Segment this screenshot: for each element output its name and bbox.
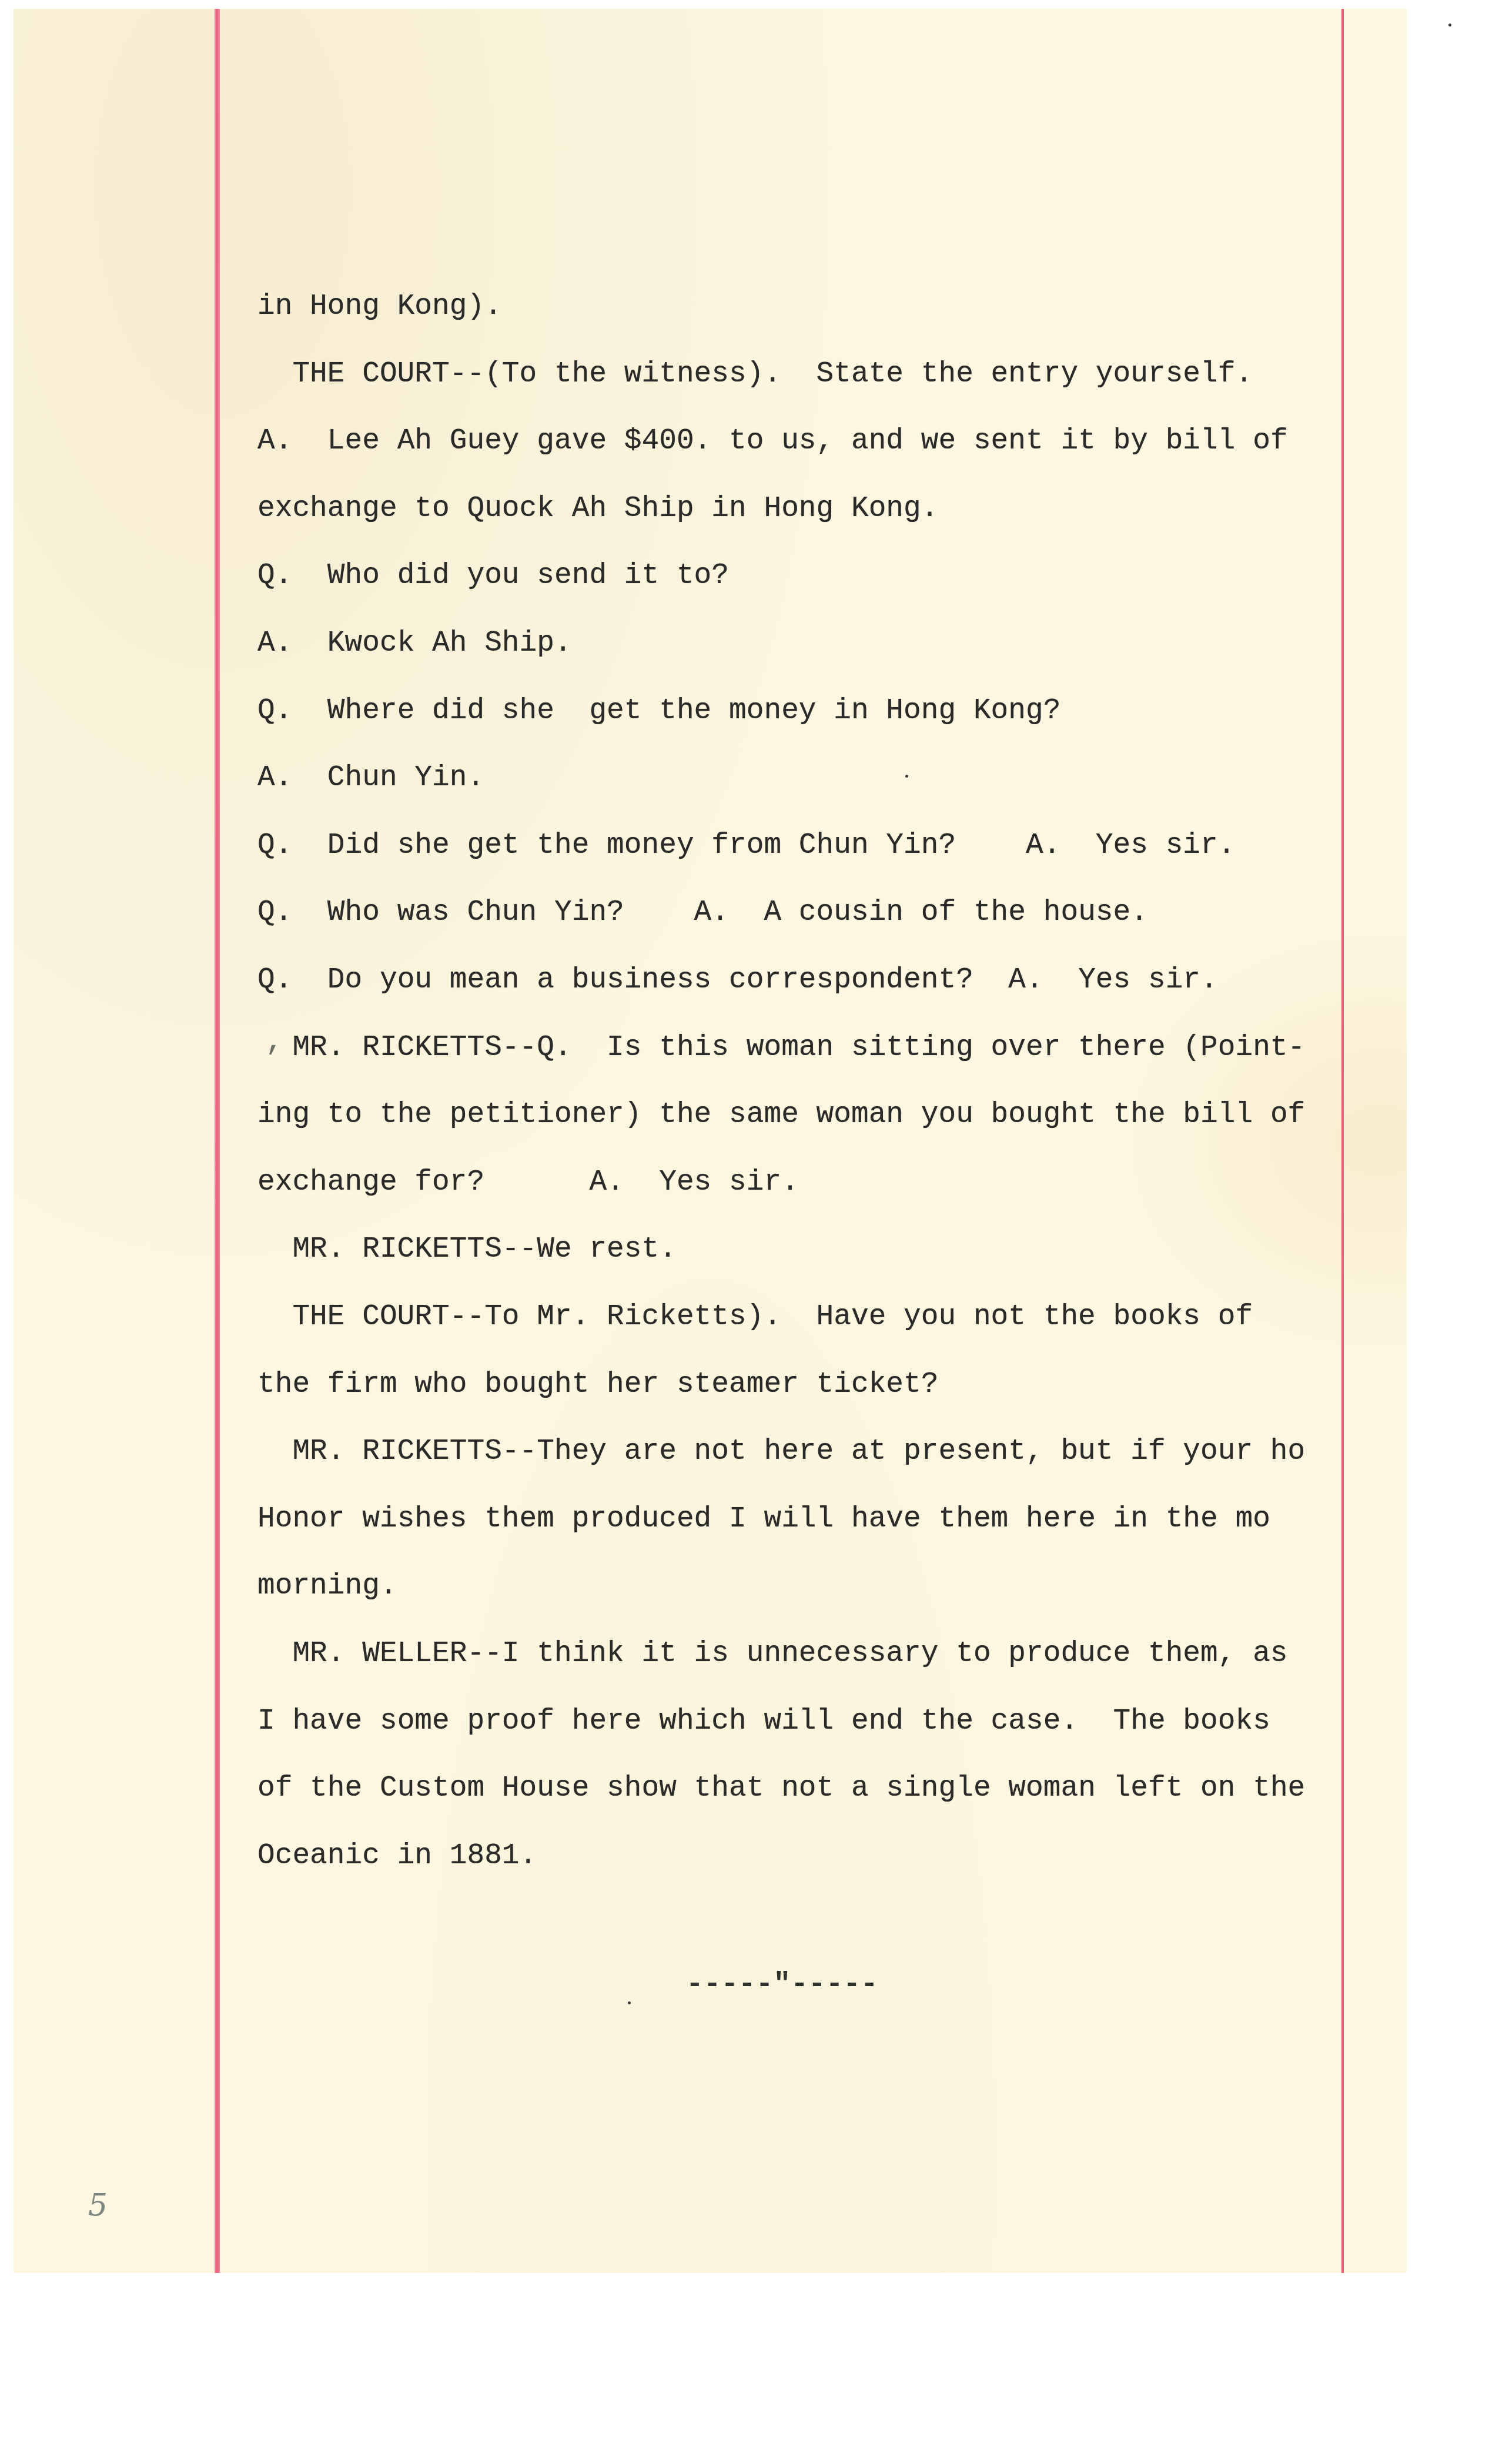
transcript-line: MR. RICKETTS--We rest. — [292, 1235, 677, 1264]
ink-speck — [628, 2001, 631, 2004]
transcript-line: A. Lee Ah Guey gave $400. to us, and we … — [257, 427, 1288, 456]
transcript-line: morning. — [257, 1572, 397, 1601]
transcript-line: MR. RICKETTS--They are not here at prese… — [292, 1437, 1305, 1467]
transcript-line: I have some proof here which will end th… — [257, 1707, 1270, 1736]
transcript-line: Q. Where did she get the money in Hong K… — [257, 697, 1060, 726]
transcript-line: ing to the petitioner) the same woman yo… — [257, 1100, 1305, 1130]
transcript-line: Q. Who did you send it to? — [257, 561, 729, 591]
left-margin-rule — [215, 9, 220, 2273]
transcript-line: A. Kwock Ah Ship. — [257, 629, 572, 658]
transcript-line: THE COURT--To Mr. Ricketts). Have you no… — [292, 1303, 1253, 1332]
ink-speck — [1448, 24, 1451, 26]
transcript-line: in Hong Kong). — [257, 292, 502, 322]
handwritten-page-number: 5 — [88, 2188, 108, 2223]
transcript-line: exchange to Quock Ah Ship in Hong Kong. — [257, 494, 939, 524]
transcript-line: exchange for? A. Yes sir. — [257, 1168, 799, 1197]
transcript-line: MR. RICKETTS--Q. Is this woman sitting o… — [292, 1033, 1305, 1063]
transcript-line: THE COURT--(To the witness). State the e… — [292, 360, 1253, 389]
transcript-line: the firm who bought her steamer ticket? — [257, 1370, 939, 1400]
transcript-line: Q. Did she get the money from Chun Yin? … — [257, 831, 1235, 861]
transcript-line: Q. Who was Chun Yin? A. A cousin of the … — [257, 898, 1148, 928]
right-margin-rule — [1341, 9, 1344, 2273]
transcript-line: Q. Do you mean a business correspondent?… — [257, 966, 1218, 995]
paper-sheet — [14, 9, 1407, 2273]
ink-speck — [905, 775, 908, 778]
transcript-line: A. Chun Yin. — [257, 764, 484, 793]
transcript-line: MR. WELLER--I think it is unnecessary to… — [292, 1639, 1287, 1669]
section-separator: -----"----- — [686, 1970, 878, 2000]
transcript-line: Honor wishes them produced I will have t… — [257, 1505, 1270, 1534]
transcript-line: Oceanic in 1881. — [257, 1842, 537, 1871]
transcript-line: of the Custom House show that not a sing… — [257, 1774, 1305, 1803]
stray-comma-mark: , — [266, 1027, 283, 1057]
